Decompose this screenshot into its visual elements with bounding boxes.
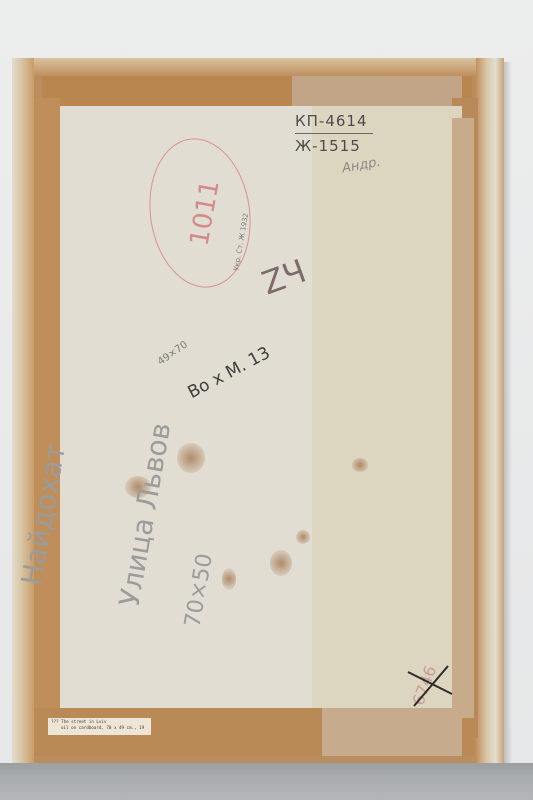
painting-board-back: КП-4614 Ж-1515 Андр. 1011 ZЧ Во х М. 13 … — [12, 58, 504, 763]
paper-backing-right — [312, 106, 462, 708]
paper-strip-right — [452, 118, 474, 718]
inventory-number: КП-4614 Ж-1515 — [295, 110, 373, 157]
stain — [296, 530, 310, 544]
board-left-edge — [12, 58, 34, 763]
board-top-edge — [12, 58, 504, 78]
inventory-divider — [295, 133, 373, 134]
stain — [222, 568, 236, 590]
stain — [352, 458, 368, 472]
inventory-top: КП-4614 — [295, 110, 373, 132]
floor — [0, 763, 533, 800]
label-line-2: oil on cardboard, 70 x 49 cm., 19 — [51, 725, 148, 731]
board-right-edge — [476, 58, 504, 763]
cross-mark-icon — [406, 664, 454, 708]
stain — [270, 550, 292, 576]
inventory-bottom: Ж-1515 — [295, 135, 373, 157]
tape-bottom-right — [322, 708, 462, 756]
tape-left — [34, 98, 60, 738]
inventory-label: ??? The street in Lviv oil on cardboard,… — [48, 718, 151, 735]
stain — [177, 443, 205, 473]
